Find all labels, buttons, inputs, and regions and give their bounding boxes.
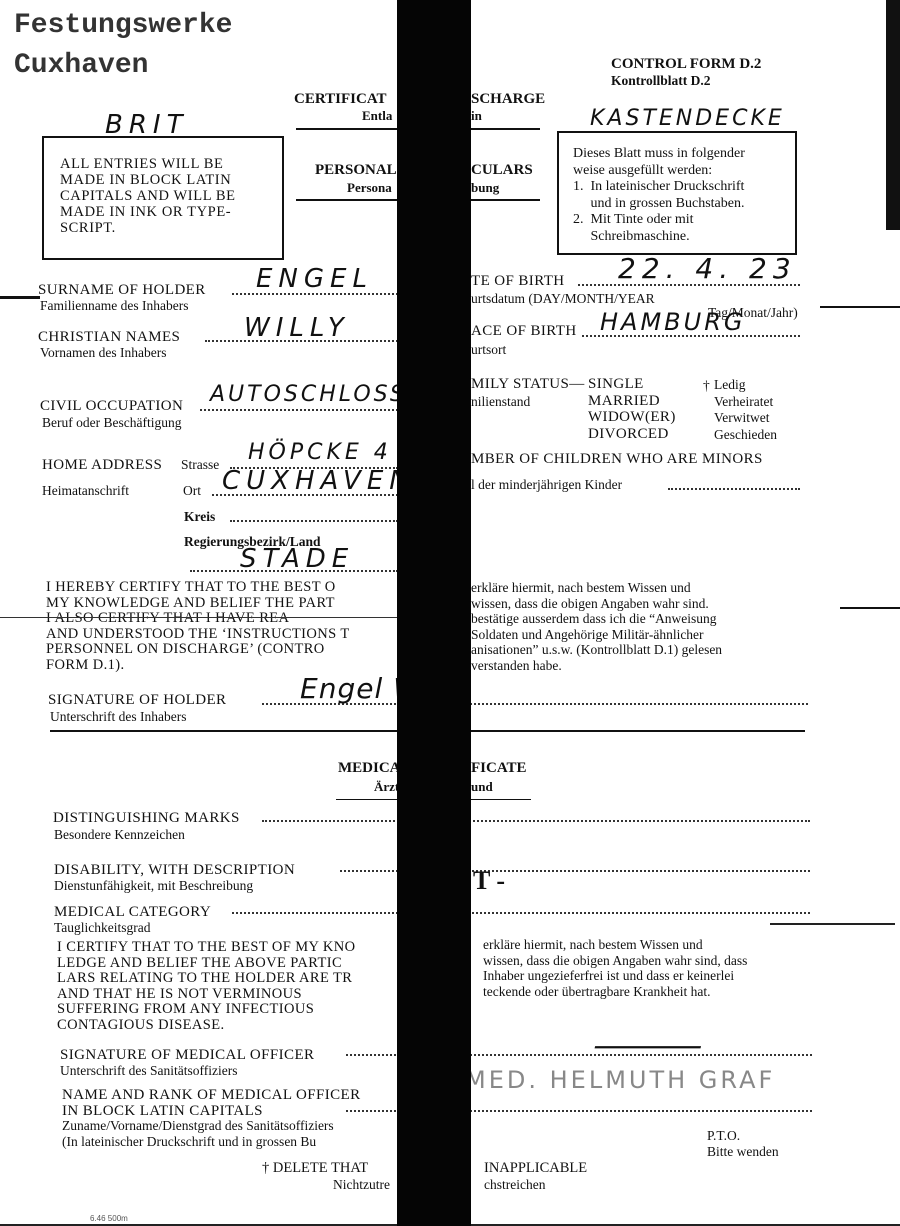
certification-line: FORM D.1). [46, 658, 350, 674]
family-status-label-de: nilienstand [471, 394, 530, 410]
family-status-option: MARRIED [588, 393, 676, 410]
disability-value: T - [473, 866, 505, 896]
disability-label: DISABILITY, WITH DESCRIPTION [54, 862, 295, 879]
certificate-title-right: SCHARGE [471, 91, 545, 108]
family-status-option: DIVORCED [588, 426, 676, 443]
medical-title-de-left: Ärzt [374, 779, 399, 795]
holder-certification-en: I HEREBY CERTIFY THAT TO THE BEST OMY KN… [46, 580, 350, 673]
personal-particulars-title-right: CULARS [471, 162, 533, 179]
certification-line: PERSONNEL ON DISCHARGE’ (CONTRO [46, 642, 350, 658]
family-status-option-de: Verwitwet [714, 410, 777, 427]
medical-certification-line-de: wissen, dass die obigen Angaben wahr sin… [483, 953, 747, 969]
certification-line-de: bestätige ausserdem dass ich die “Anweis… [471, 611, 722, 627]
medical-officer-name-stamp: MED. HELMUTH GRAF [465, 1066, 775, 1094]
certificate-title-de-left: Entla [362, 108, 392, 124]
holder-signature-label: SIGNATURE OF HOLDER [48, 692, 226, 709]
civil-occupation-label-de: Beruf oder Beschäftigung [42, 415, 181, 431]
control-form-id-de: Kontrollblatt D.2 [611, 73, 711, 89]
civil-occupation-value[interactable]: AUTOSCHLOSSE [210, 382, 424, 407]
delete-note-right: INAPPLICABLE [484, 1160, 587, 1177]
medical-officer-signature-label-de: Unterschrift des Sanitätsoffiziers [60, 1063, 237, 1079]
holder-signature-label-de: Unterschrift des Inhabers [50, 709, 186, 725]
holder-certification-de: erkläre hiermit, nach bestem Wissen undw… [471, 580, 722, 673]
certification-line: MY KNOWLEDGE AND BELIEF THE PART [46, 596, 350, 612]
delete-note-left: † DELETE THAT [262, 1160, 368, 1177]
medical-certification-line: SUFFERING FROM ANY INFECTIOUS [57, 1002, 355, 1018]
instruction-line: MADE IN BLOCK LATIN [60, 172, 282, 188]
scan-edge [886, 0, 900, 230]
family-status-option-de: Geschieden [714, 427, 777, 444]
civil-occupation-label: CIVIL OCCUPATION [40, 398, 183, 415]
children-label: MBER OF CHILDREN WHO ARE MINORS [471, 451, 763, 468]
redaction-bar [397, 0, 471, 1226]
medical-certification-line-de: Inhaber ungezieferfrei ist und dass er k… [483, 968, 747, 984]
medical-certification-line: CONTAGIOUS DISEASE. [57, 1018, 355, 1034]
certification-line: AND UNDERSTOOD THE ‘INSTRUCTIONS T [46, 627, 350, 643]
medical-officer-name-label-de: Zuname/Vorname/Dienstgrad des Sanitätsof… [62, 1118, 334, 1134]
overlay-title-line2: Cuxhaven [14, 50, 148, 81]
medical-category-label-de: Tauglichkeitsgrad [54, 920, 151, 936]
family-status-option-de: Ledig [714, 377, 777, 394]
kreis-label: Kreis [184, 509, 215, 525]
date-of-birth-label-de: urtsdatum (DAY/MONTH/YEAR [471, 291, 655, 307]
instruction-line: SCRIPT. [60, 220, 282, 236]
medical-officer-signature-label: SIGNATURE OF MEDICAL OFFICER [60, 1047, 314, 1064]
medical-title-left: MEDICA [338, 760, 401, 777]
medical-title-de-right: und [471, 779, 493, 795]
certification-line-de: anisationen” u.s.w. (Kontrollblatt D.1) … [471, 642, 722, 658]
medical-officer-name-label-de2: (In lateinischer Druckschrift und in gro… [62, 1134, 316, 1150]
home-address-label-de: Heimatanschrift [42, 483, 129, 499]
medical-certification-en: I CERTIFY THAT TO THE BEST OF MY KNOLEDG… [57, 940, 355, 1033]
instructions-box-de: Dieses Blatt muss in folgenderweise ausg… [557, 131, 797, 255]
date-of-birth-value[interactable]: 22. 4. 23 [618, 252, 797, 285]
medical-title-right: FICATE [471, 760, 527, 777]
distinguishing-marks-field[interactable] [262, 820, 810, 822]
place-of-birth-value[interactable]: HAMBURG [600, 308, 745, 336]
medical-category-field[interactable] [232, 912, 810, 914]
medical-category-label: MEDICAL CATEGORY [54, 904, 211, 921]
medical-certification-de: erkläre hiermit, nach bestem Wissen undw… [483, 937, 747, 1000]
instruction-line-de: weise ausgefüllt werden: [573, 163, 795, 180]
distinguishing-marks-label: DISTINGUISHING MARKS [53, 810, 240, 827]
instruction-line-de: 1. In lateinischer Druckschrift [573, 179, 795, 196]
medical-certification-line: I CERTIFY THAT TO THE BEST OF MY KNO [57, 940, 355, 956]
land-value[interactable]: STADE [240, 544, 354, 574]
strasse-value[interactable]: HÖPCKE 4 [248, 440, 392, 465]
dagger-mark: † [703, 378, 710, 394]
home-address-label: HOME ADDRESS [42, 457, 162, 474]
family-status-label: MILY STATUS— [471, 376, 585, 393]
medical-certification-line: LEDGE AND BELIEF THE ABOVE PARTIC [57, 956, 355, 972]
surname-label-de: Familienname des Inhabers [40, 298, 188, 314]
family-status-options-de: LedigVerheiratetVerwitwetGeschieden [714, 377, 777, 443]
certificate-title-left: CERTIFICAT [294, 91, 387, 108]
certification-line-de: wissen, dass die obigen Angaben wahr sin… [471, 596, 722, 612]
surname-label: SURNAME OF HOLDER [38, 282, 206, 299]
date-of-birth-label: TE OF BIRTH [471, 273, 565, 290]
print-code: 6.46 500m [90, 1214, 128, 1223]
pto-label: P.T.O. [707, 1128, 740, 1144]
instruction-line: ALL ENTRIES WILL BE [60, 156, 282, 172]
christian-names-label: CHRISTIAN NAMES [38, 329, 180, 346]
personal-particulars-de-left: Persona [347, 180, 392, 196]
instructions-box-en: ALL ENTRIES WILL BEMADE IN BLOCK LATINCA… [42, 136, 284, 260]
instruction-line-de: Schreibmaschine. [573, 229, 795, 246]
instruction-line-de: Dieses Blatt muss in folgender [573, 146, 795, 163]
delete-note-de-right: chstreichen [484, 1177, 545, 1193]
christian-names-label-de: Vornamen des Inhabers [40, 345, 166, 361]
certification-line: I ALSO CERTIFY THAT I HAVE REA [46, 611, 350, 627]
ort-value[interactable]: CUXHAVEN [222, 466, 415, 496]
children-label-de: l der minderjährigen Kinder [471, 477, 622, 493]
medical-certification-line-de: teckende oder übertragbare Krankheit hat… [483, 984, 747, 1000]
certificate-title-de-right: in [471, 108, 482, 124]
medical-officer-name-label: NAME AND RANK OF MEDICAL OFFICER [62, 1087, 361, 1104]
family-status-options: SINGLEMARRIEDWIDOW(ER)DIVORCED [588, 376, 676, 442]
overlay-title-line1: Festungswerke [14, 10, 232, 41]
family-status-option: SINGLE [588, 376, 676, 393]
certification-line: I HEREBY CERTIFY THAT TO THE BEST O [46, 580, 350, 596]
distinguishing-marks-label-de: Besondere Kennzeichen [54, 827, 185, 843]
certification-line-de: verstanden habe. [471, 658, 722, 674]
medical-certification-line: LARS RELATING TO THE HOLDER ARE TR [57, 971, 355, 987]
family-status-option-de: Verheiratet [714, 394, 777, 411]
place-of-birth-label: ACE OF BIRTH [471, 323, 577, 340]
personal-particulars-de-right: bung [471, 180, 499, 196]
strasse-label: Strasse [181, 457, 219, 473]
handwritten-kastendecke: KASTENDECKE [590, 106, 785, 131]
family-status-option: WIDOW(ER) [588, 409, 676, 426]
medical-certification-line: AND THAT HE IS NOT VERMINOUS [57, 987, 355, 1003]
pto-label-de: Bitte wenden [707, 1144, 779, 1160]
control-form-id: CONTROL FORM D.2 [611, 56, 761, 73]
instruction-line: MADE IN INK OR TYPE- [60, 204, 282, 220]
ort-label: Ort [183, 483, 201, 499]
instruction-line-de: 2. Mit Tinte oder mit [573, 212, 795, 229]
delete-note-de-left: Nichtzutre [333, 1177, 390, 1193]
disability-label-de: Dienstunfähigkeit, mit Beschreibung [54, 878, 253, 894]
place-of-birth-label-de: urtsort [471, 342, 506, 358]
instruction-line-de: und in grossen Buchstaben. [573, 196, 795, 213]
medical-certification-line-de: erkläre hiermit, nach bestem Wissen und [483, 937, 747, 953]
certification-line-de: erkläre hiermit, nach bestem Wissen und [471, 580, 722, 596]
certification-line-de: Soldaten und Angehörige Militär-ähnliche… [471, 627, 722, 643]
surname-value[interactable]: ENGEL [256, 264, 373, 294]
medical-officer-signature[interactable]: ⸻ [590, 1008, 702, 1072]
christian-names-value[interactable]: WILLY [244, 313, 350, 343]
instruction-line: CAPITALS AND WILL BE [60, 188, 282, 204]
personal-particulars-title-left: PERSONAL [315, 162, 397, 179]
